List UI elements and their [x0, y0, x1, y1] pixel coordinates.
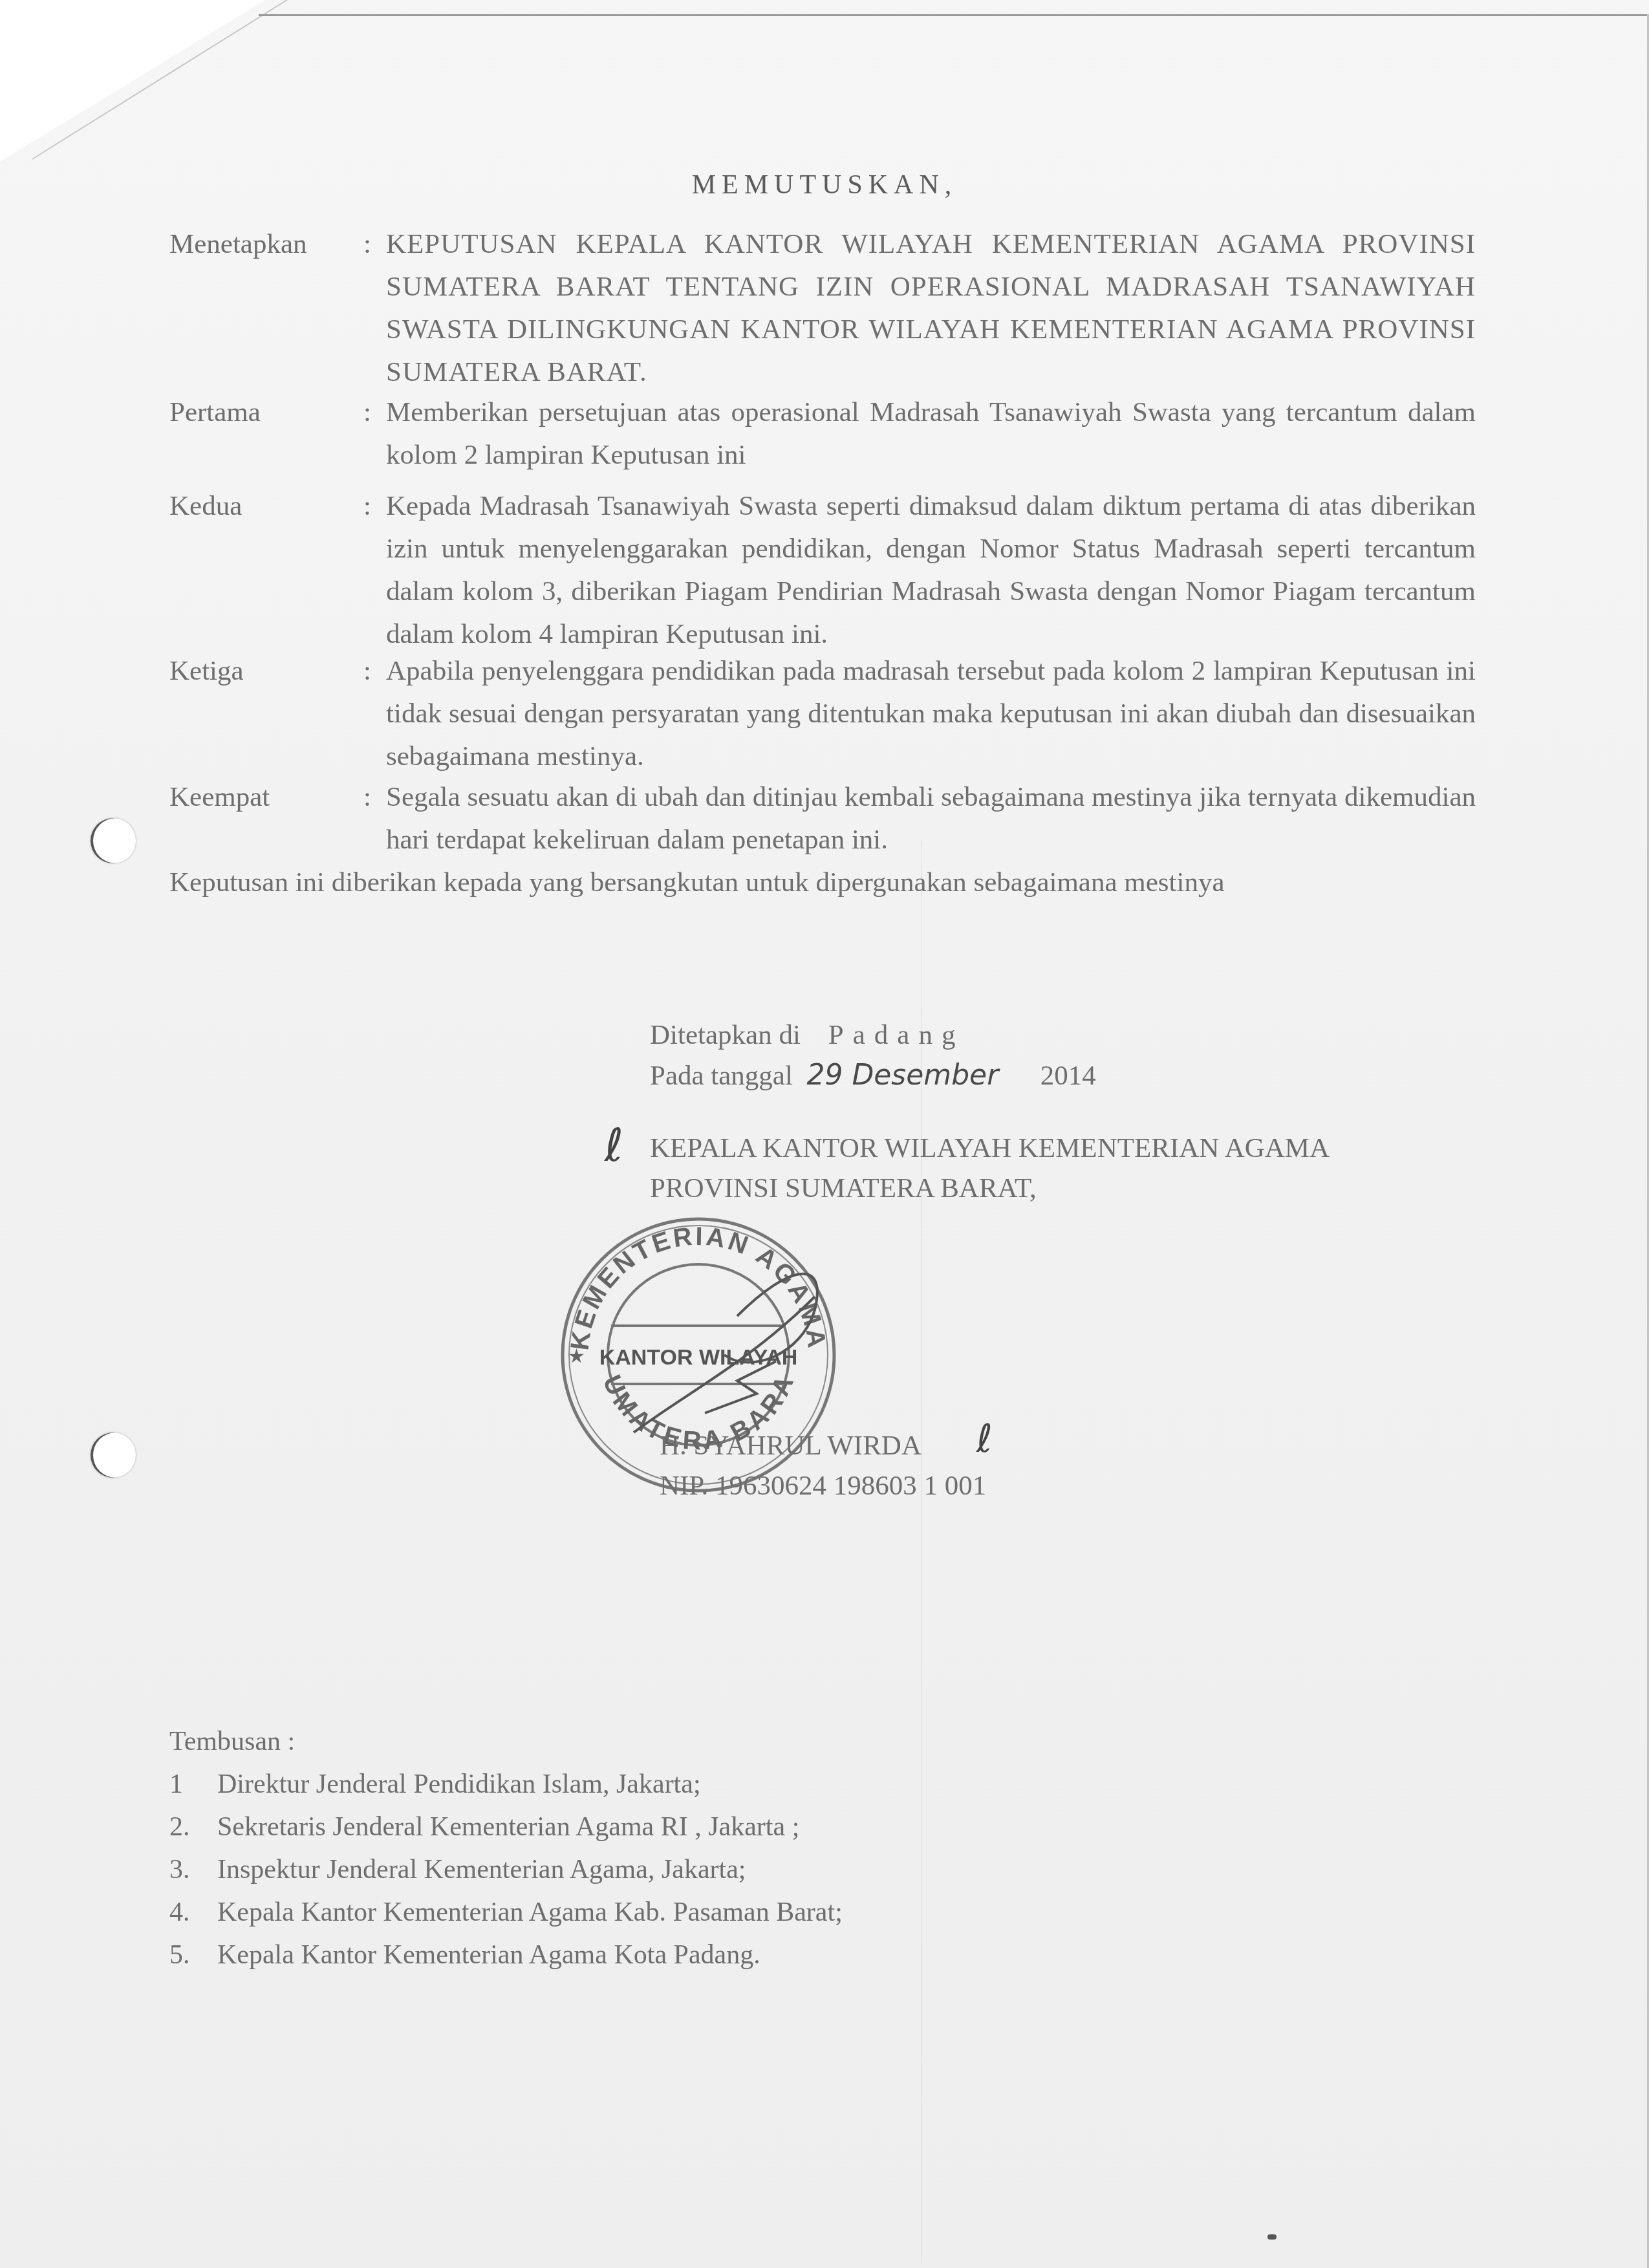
svg-text:KEMENTERIAN AGAMA: KEMENTERIAN AGAMA	[566, 1222, 832, 1352]
clause-label: Pertama	[169, 391, 261, 434]
clause-label: Kedua	[169, 485, 242, 528]
document-heading: MEMUTUSKAN,	[0, 169, 1649, 200]
list-item: 4.Kepala Kantor Kementerian Agama Kab. P…	[169, 1891, 843, 1934]
place-value: Padang	[828, 1020, 965, 1050]
clause-text: Apabila penyelenggara pendidikan pada ma…	[386, 650, 1476, 778]
clause-colon: :	[363, 650, 371, 693]
handwritten-date: 29 Desember	[806, 1059, 998, 1092]
scanned-page: MEMUTUSKAN, Menetapkan : KEPUTUSAN KEPAL…	[0, 0, 1649, 2268]
punch-hole-icon	[91, 1432, 136, 1478]
list-item: 1Direktur Jenderal Pendidikan Islam, Jak…	[169, 1763, 843, 1806]
clause-label: Menetapkan	[169, 223, 307, 266]
clause-pertama: Pertama : Memberikan persetujuan atas op…	[169, 391, 1476, 475]
signature-block: Ditetapkan di Padang Pada tanggal 29 Des…	[650, 1015, 1330, 1209]
tembusan-list: Tembusan : 1Direktur Jenderal Pendidikan…	[169, 1720, 843, 1976]
clause-menetapkan: Menetapkan : KEPUTUSAN KEPALA KANTOR WIL…	[169, 223, 1476, 391]
place-line: Ditetapkan di Padang	[650, 1015, 1330, 1055]
clause-text: Segala sesuatu akan di ubah dan ditinjau…	[386, 776, 1476, 861]
signatory-block: H. SYAHRUL WIRDA NIP. 19630624 198603 1 …	[660, 1426, 986, 1506]
list-item: 5.Kepala Kantor Kementerian Agama Kota P…	[169, 1934, 843, 1976]
date-year: 2014	[1040, 1061, 1096, 1091]
clause-colon: :	[363, 485, 371, 528]
closing-statement: Keputusan ini diberikan kepada yang bers…	[169, 867, 1225, 898]
clause-colon: :	[363, 223, 371, 266]
initial-mark-icon: ℓ	[976, 1416, 993, 1462]
date-label: Pada tanggal	[650, 1061, 793, 1091]
folded-corner	[0, 0, 265, 162]
svg-text:SUMATERA BARAT: SUMATERA BARAT	[543, 1200, 800, 1456]
stamp-bottom-text: SUMATERA BARAT	[543, 1200, 800, 1456]
tembusan-heading: Tembusan :	[169, 1720, 843, 1763]
date-line: Pada tanggal 29 Desember 2014	[650, 1055, 1330, 1096]
place-label: Ditetapkan di	[650, 1020, 801, 1050]
signatory-name: H. SYAHRUL WIRDA	[660, 1426, 986, 1466]
office-title-line1: KEPALA KANTOR WILAYAH KEMENTERIAN AGAMA	[650, 1129, 1330, 1169]
stamp-top-text: KEMENTERIAN AGAMA	[566, 1222, 832, 1352]
list-item: 3.Inspektur Jenderal Kementerian Agama, …	[169, 1848, 843, 1891]
clause-label: Ketiga	[169, 650, 244, 693]
clause-label: Keempat	[169, 776, 270, 819]
clause-ketiga: Ketiga : Apabila penyelenggara pendidika…	[169, 650, 1476, 779]
scan-speck	[1267, 2234, 1277, 2240]
clause-kedua: Kedua : Kepada Madrasah Tsanawiyah Swast…	[169, 485, 1476, 653]
initial-mark-icon: ℓ	[605, 1119, 623, 1172]
clause-text: Memberikan persetujuan atas operasional …	[386, 391, 1476, 477]
star-icon: ★	[568, 1346, 585, 1367]
clause-colon: :	[363, 391, 371, 434]
clause-text: KEPUTUSAN KEPALA KANTOR WILAYAH KEMENTER…	[386, 223, 1476, 394]
paper-top-edge	[259, 14, 1649, 16]
list-item: 2.Sekretaris Jenderal Kementerian Agama …	[169, 1806, 843, 1848]
punch-hole-icon	[91, 818, 136, 863]
clause-colon: :	[363, 776, 371, 819]
clause-keempat: Keempat : Segala sesuatu akan di ubah da…	[169, 776, 1476, 867]
clause-text: Kepada Madrasah Tsanawiyah Swasta sepert…	[386, 485, 1476, 656]
signatory-nip: NIP. 19630624 198603 1 001	[660, 1466, 986, 1506]
